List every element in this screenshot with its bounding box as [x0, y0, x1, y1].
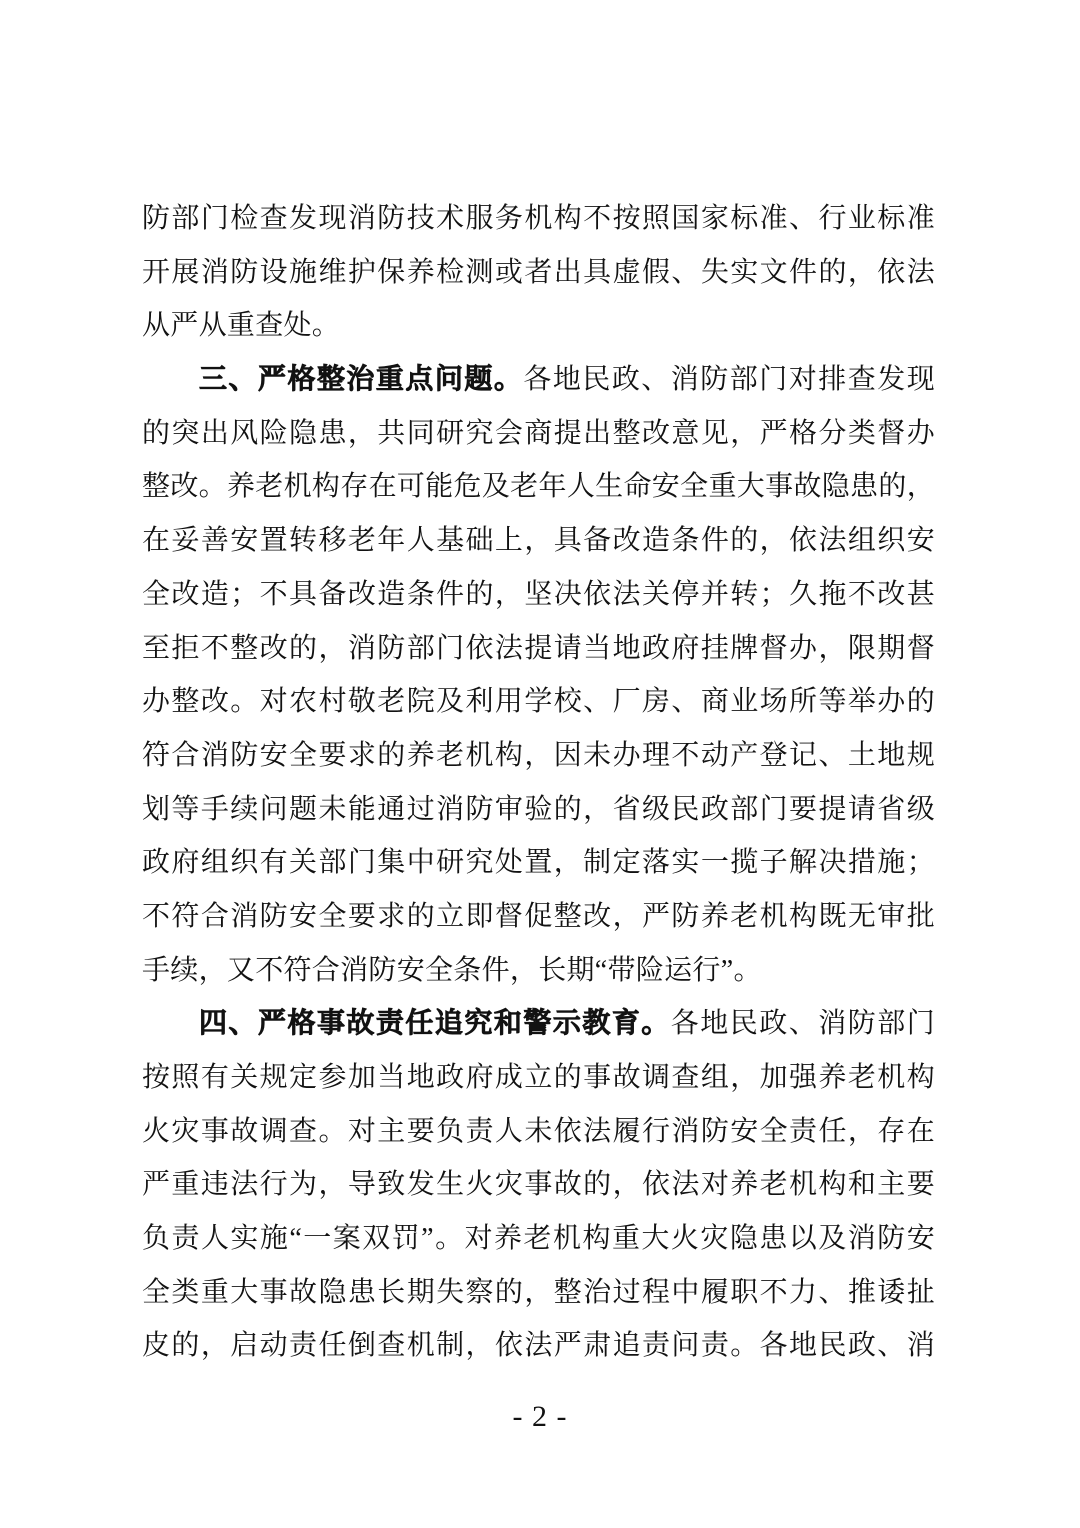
body-text-segment: 严重违法行为，导致发生火灾事故的，依法对养老机构和主要: [142, 1169, 935, 1200]
document-body: 防部门检查发现消防技术服务机构不按照国家标准、行业标准开展消防设施维护保养检测或…: [142, 192, 935, 1373]
body-text-segment: 至拒不整改的，消防部门依法提请当地政府挂牌督办，限期督: [142, 633, 935, 664]
body-text-segment: 负责人实施“一案双罚”。对养老机构重大火灾隐患以及消防安: [142, 1223, 935, 1254]
body-text-segment: 按照有关规定参加当地政府成立的事故调查组，加强养老机构: [142, 1062, 935, 1093]
text-line: 按照有关规定参加当地政府成立的事故调查组，加强养老机构: [142, 1051, 935, 1105]
text-line: 政府组织有关部门集中研究处置，制定落实一揽子解决措施；: [142, 836, 935, 890]
text-line: 整改。养老机构存在可能危及老年人生命安全重大事故隐患的，: [142, 460, 935, 514]
body-text-segment: 整改。养老机构存在可能危及老年人生命安全重大事故隐患的，: [142, 471, 935, 502]
text-line: 防部门检查发现消防技术服务机构不按照国家标准、行业标准: [142, 192, 935, 246]
body-text-segment: 各地民政、消防部门对排查发现: [523, 364, 935, 395]
body-text-segment: 防部门检查发现消防技术服务机构不按照国家标准、行业标准: [142, 203, 935, 234]
body-text-segment: 从严从重查处。: [142, 310, 340, 341]
heading-text-segment: 三、严格整治重点问题。: [199, 364, 523, 395]
body-text-segment: 开展消防设施维护保养检测或者出具虚假、失实文件的，依法: [142, 257, 935, 288]
page-number: - 2 -: [0, 1398, 1080, 1436]
body-text-segment: 全改造；不具备改造条件的，坚决依法关停并转；久拖不改甚: [142, 579, 935, 610]
text-line: 全类重大事故隐患长期失察的，整治过程中履职不力、推诿扯: [142, 1266, 935, 1320]
text-line: 不符合消防安全要求的立即督促整改，严防养老机构既无审批: [142, 890, 935, 944]
text-line: 四、严格事故责任追究和警示教育。各地民政、消防部门: [142, 997, 935, 1051]
text-line: 负责人实施“一案双罚”。对养老机构重大火灾隐患以及消防安: [142, 1212, 935, 1266]
text-line: 从严从重查处。: [142, 299, 935, 353]
body-text-segment: 手续，又不符合消防安全条件，长期“带险运行”。: [142, 955, 762, 986]
body-text-segment: 的突出风险隐患，共同研究会商提出整改意见，严格分类督办: [142, 418, 935, 449]
text-line: 的突出风险隐患，共同研究会商提出整改意见，严格分类督办: [142, 407, 935, 461]
body-text-segment: 皮的，启动责任倒查机制，依法严肃追责问责。各地民政、消: [142, 1330, 935, 1361]
text-line: 皮的，启动责任倒查机制，依法严肃追责问责。各地民政、消: [142, 1319, 935, 1373]
text-line: 至拒不整改的，消防部门依法提请当地政府挂牌督办，限期督: [142, 622, 935, 676]
body-text-segment: 全类重大事故隐患长期失察的，整治过程中履职不力、推诿扯: [142, 1277, 935, 1308]
body-text-segment: 不符合消防安全要求的立即督促整改，严防养老机构既无审批: [142, 901, 935, 932]
text-line: 开展消防设施维护保养检测或者出具虚假、失实文件的，依法: [142, 246, 935, 300]
text-line: 火灾事故调查。对主要负责人未依法履行消防安全责任，存在: [142, 1105, 935, 1159]
text-line: 划等手续问题未能通过消防审验的，省级民政部门要提请省级: [142, 783, 935, 837]
text-line: 在妥善安置转移老年人基础上，具备改造条件的，依法组织安: [142, 514, 935, 568]
body-text-segment: 各地民政、消防部门: [671, 1008, 935, 1039]
body-text-segment: 火灾事故调查。对主要负责人未依法履行消防安全责任，存在: [142, 1116, 935, 1147]
text-line: 办整改。对农村敬老院及利用学校、厂房、商业场所等举办的: [142, 675, 935, 729]
text-line: 三、严格整治重点问题。各地民政、消防部门对排查发现: [142, 353, 935, 407]
body-text-segment: 办整改。对农村敬老院及利用学校、厂房、商业场所等举办的: [142, 686, 935, 717]
text-line: 全改造；不具备改造条件的，坚决依法关停并转；久拖不改甚: [142, 568, 935, 622]
text-line: 手续，又不符合消防安全条件，长期“带险运行”。: [142, 944, 935, 998]
heading-text-segment: 四、严格事故责任追究和警示教育。: [199, 1008, 671, 1039]
body-text-segment: 政府组织有关部门集中研究处置，制定落实一揽子解决措施；: [142, 847, 935, 878]
body-text-segment: 在妥善安置转移老年人基础上，具备改造条件的，依法组织安: [142, 525, 935, 556]
body-text-segment: 符合消防安全要求的养老机构，因未办理不动产登记、土地规: [142, 740, 935, 771]
body-text-segment: 划等手续问题未能通过消防审验的，省级民政部门要提请省级: [142, 794, 935, 825]
text-line: 严重违法行为，导致发生火灾事故的，依法对养老机构和主要: [142, 1158, 935, 1212]
text-line: 符合消防安全要求的养老机构，因未办理不动产登记、土地规: [142, 729, 935, 783]
document-page: 防部门检查发现消防技术服务机构不按照国家标准、行业标准开展消防设施维护保养检测或…: [0, 0, 1080, 1528]
